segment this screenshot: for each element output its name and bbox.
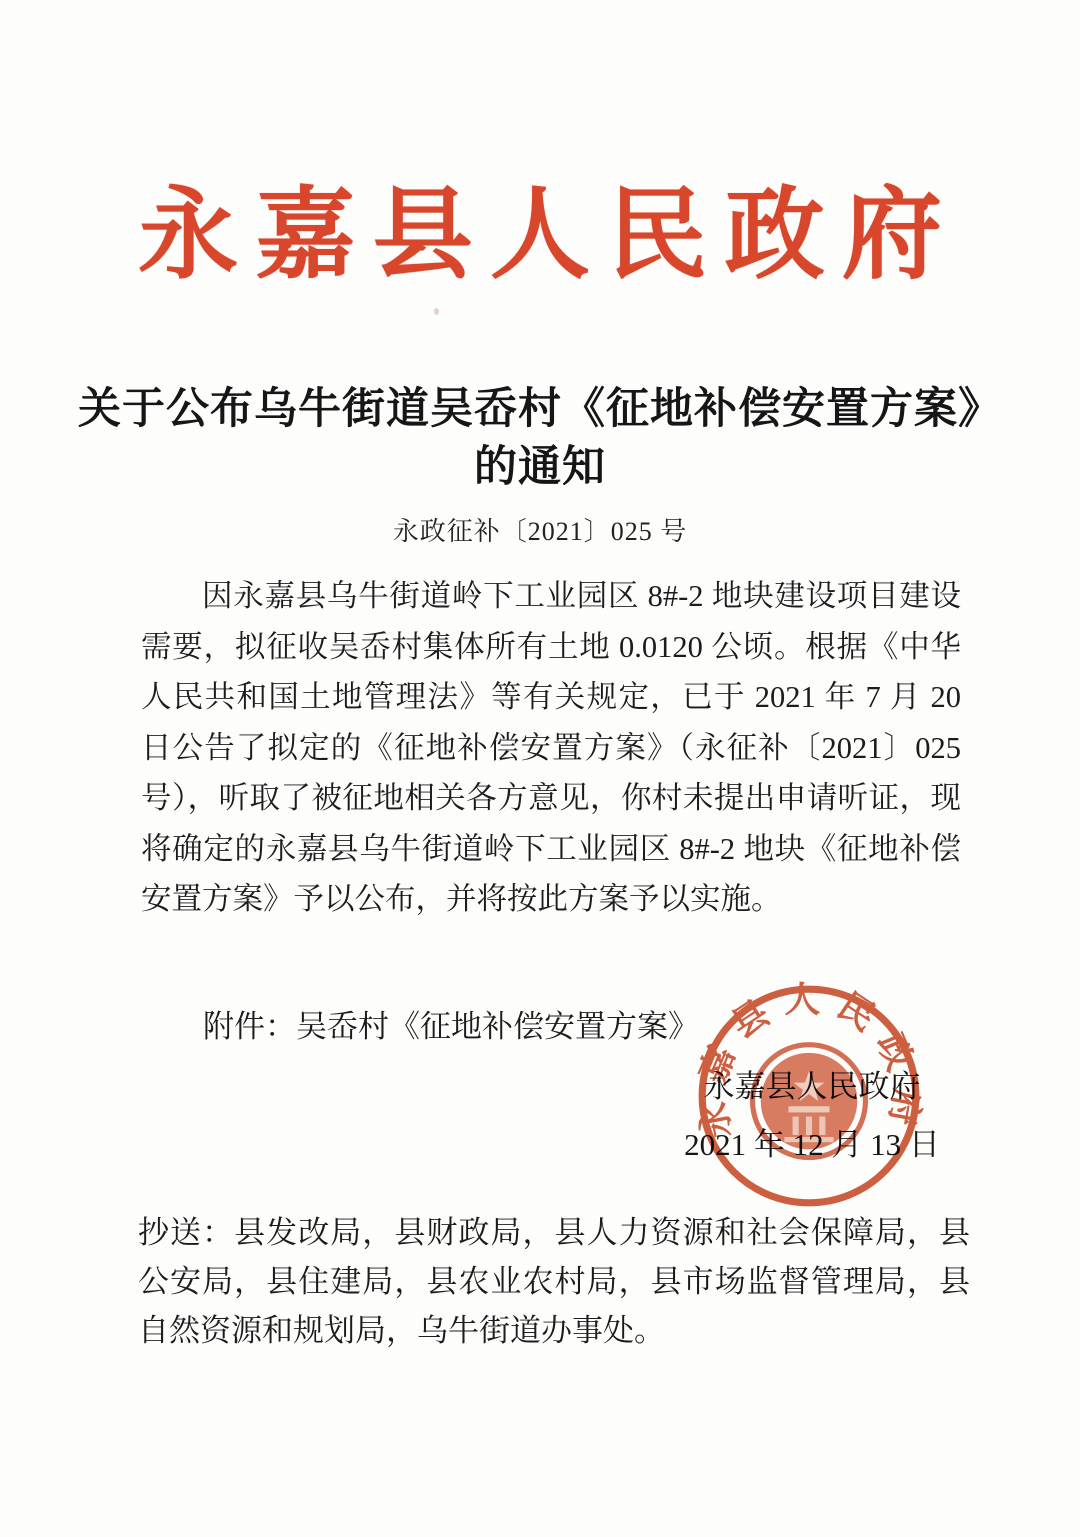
scan-artifact xyxy=(434,308,439,315)
letterhead-char: 府 xyxy=(842,186,942,286)
document-number: 永政征补〔2021〕025 号 xyxy=(0,511,1080,548)
issuing-authority: 永嘉县人民政府 xyxy=(683,1058,941,1116)
letterhead-char: 政 xyxy=(725,186,825,286)
letterhead-char: 县 xyxy=(373,186,473,286)
cc-line: 抄送：县发改局，县财政局，县人力资源和社会保障局，县公安局，县住建局，县农业农村… xyxy=(138,1208,970,1355)
document-title: 关于公布乌牛街道吴岙村《征地补偿安置方案》 的通知 xyxy=(0,380,1080,496)
letterhead-char: 民 xyxy=(607,186,707,286)
attachment-line: 附件：吴岙村《征地补偿安置方案》 xyxy=(141,1001,961,1046)
signature-block: 永嘉县人民政府 2021 年 12 月 13 日 xyxy=(683,1058,941,1174)
document-page: 永 嘉 县 人 民 政 府 关于公布乌牛街道吴岙村《征地补偿安置方案》 的通知 … xyxy=(0,0,1080,1537)
title-line: 的通知 xyxy=(0,438,1080,496)
body-paragraph: 因永嘉县乌牛街道岭下工业园区 8#-2 地块建设项目建设需要，拟征收吴岙村集体所… xyxy=(141,571,961,925)
letterhead-char: 永 xyxy=(138,186,238,286)
title-line: 关于公布乌牛街道吴岙村《征地补偿安置方案》 xyxy=(0,380,1080,438)
issue-date: 2021 年 12 月 13 日 xyxy=(683,1116,941,1174)
letterhead-char: 嘉 xyxy=(255,186,355,286)
letterhead-char: 人 xyxy=(490,186,590,286)
letterhead: 永 嘉 县 人 民 政 府 xyxy=(138,186,942,286)
